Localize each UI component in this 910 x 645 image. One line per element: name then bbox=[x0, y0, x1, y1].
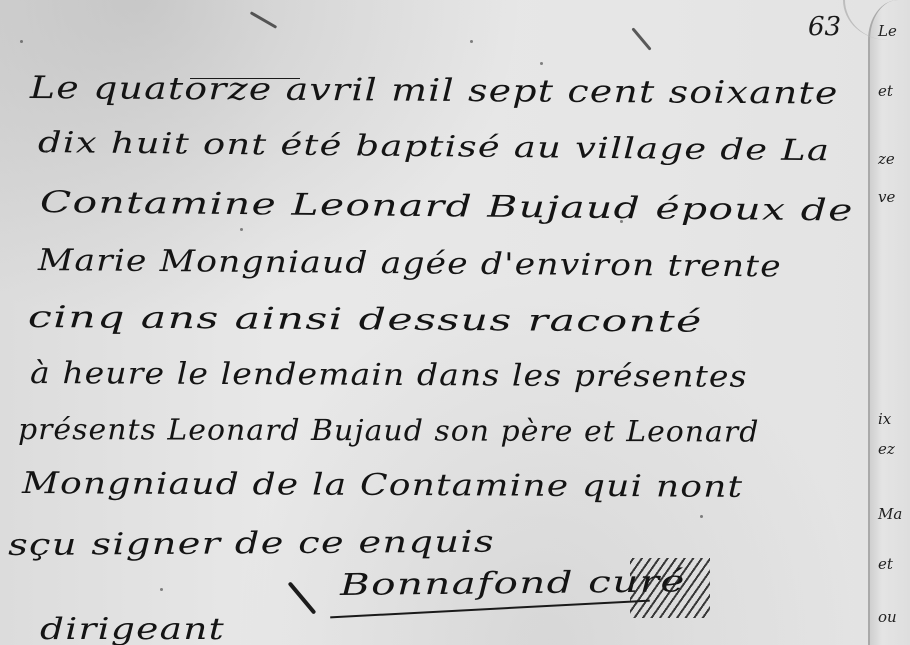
entry-line-5: cinq ans ainsi dessus raconté bbox=[28, 300, 703, 340]
margin-fragment: ve bbox=[878, 188, 895, 206]
ink-speck bbox=[700, 515, 703, 518]
crossed-out-scribble bbox=[630, 558, 710, 618]
entry-line-11: dirigeant bbox=[40, 612, 225, 645]
ink-speck bbox=[540, 62, 543, 65]
ink-speck bbox=[160, 588, 163, 591]
entry-line-6: à heure le lendemain dans les présentes bbox=[30, 356, 748, 395]
margin-fragment: Le bbox=[878, 22, 897, 40]
ink-speck bbox=[470, 40, 473, 43]
entry-line-2: dix huit ont été baptisé au village de L… bbox=[38, 125, 831, 167]
entry-line-4: Marie Mongniaud agée d'environ trente bbox=[38, 243, 782, 284]
folio-number: 63 bbox=[808, 12, 841, 42]
ink-speck bbox=[240, 228, 243, 231]
scanned-register-page: 63 Le quatorze avril mil sept cent soixa… bbox=[0, 0, 910, 645]
margin-fragment: ou bbox=[878, 608, 897, 626]
margin-fragment: et bbox=[878, 82, 893, 100]
ink-stroke bbox=[288, 581, 317, 614]
margin-fragment: ez bbox=[878, 440, 895, 458]
entry-line-1: Le quatorze avril mil sept cent soixante bbox=[30, 70, 839, 112]
entry-line-9: sçu signer de ce enquis bbox=[8, 525, 495, 563]
margin-fragment: ix bbox=[878, 410, 891, 428]
margin-fragment: Ma bbox=[878, 505, 902, 523]
ink-speck bbox=[620, 220, 623, 223]
ink-speck bbox=[45, 150, 48, 153]
ink-stroke bbox=[250, 11, 277, 29]
entry-line-3: Contamine Leonard Bujaud époux de bbox=[40, 185, 854, 229]
margin-fragment: et bbox=[878, 555, 893, 573]
margin-fragment: ze bbox=[878, 150, 895, 168]
ink-stroke bbox=[631, 27, 651, 50]
entry-line-8: Mongniaud de la Contamine qui nont bbox=[22, 466, 743, 505]
ink-speck bbox=[20, 40, 23, 43]
entry-line-7: présents Leonard Bujaud son père et Leon… bbox=[18, 412, 760, 449]
line-1-strikethrough bbox=[190, 78, 300, 79]
